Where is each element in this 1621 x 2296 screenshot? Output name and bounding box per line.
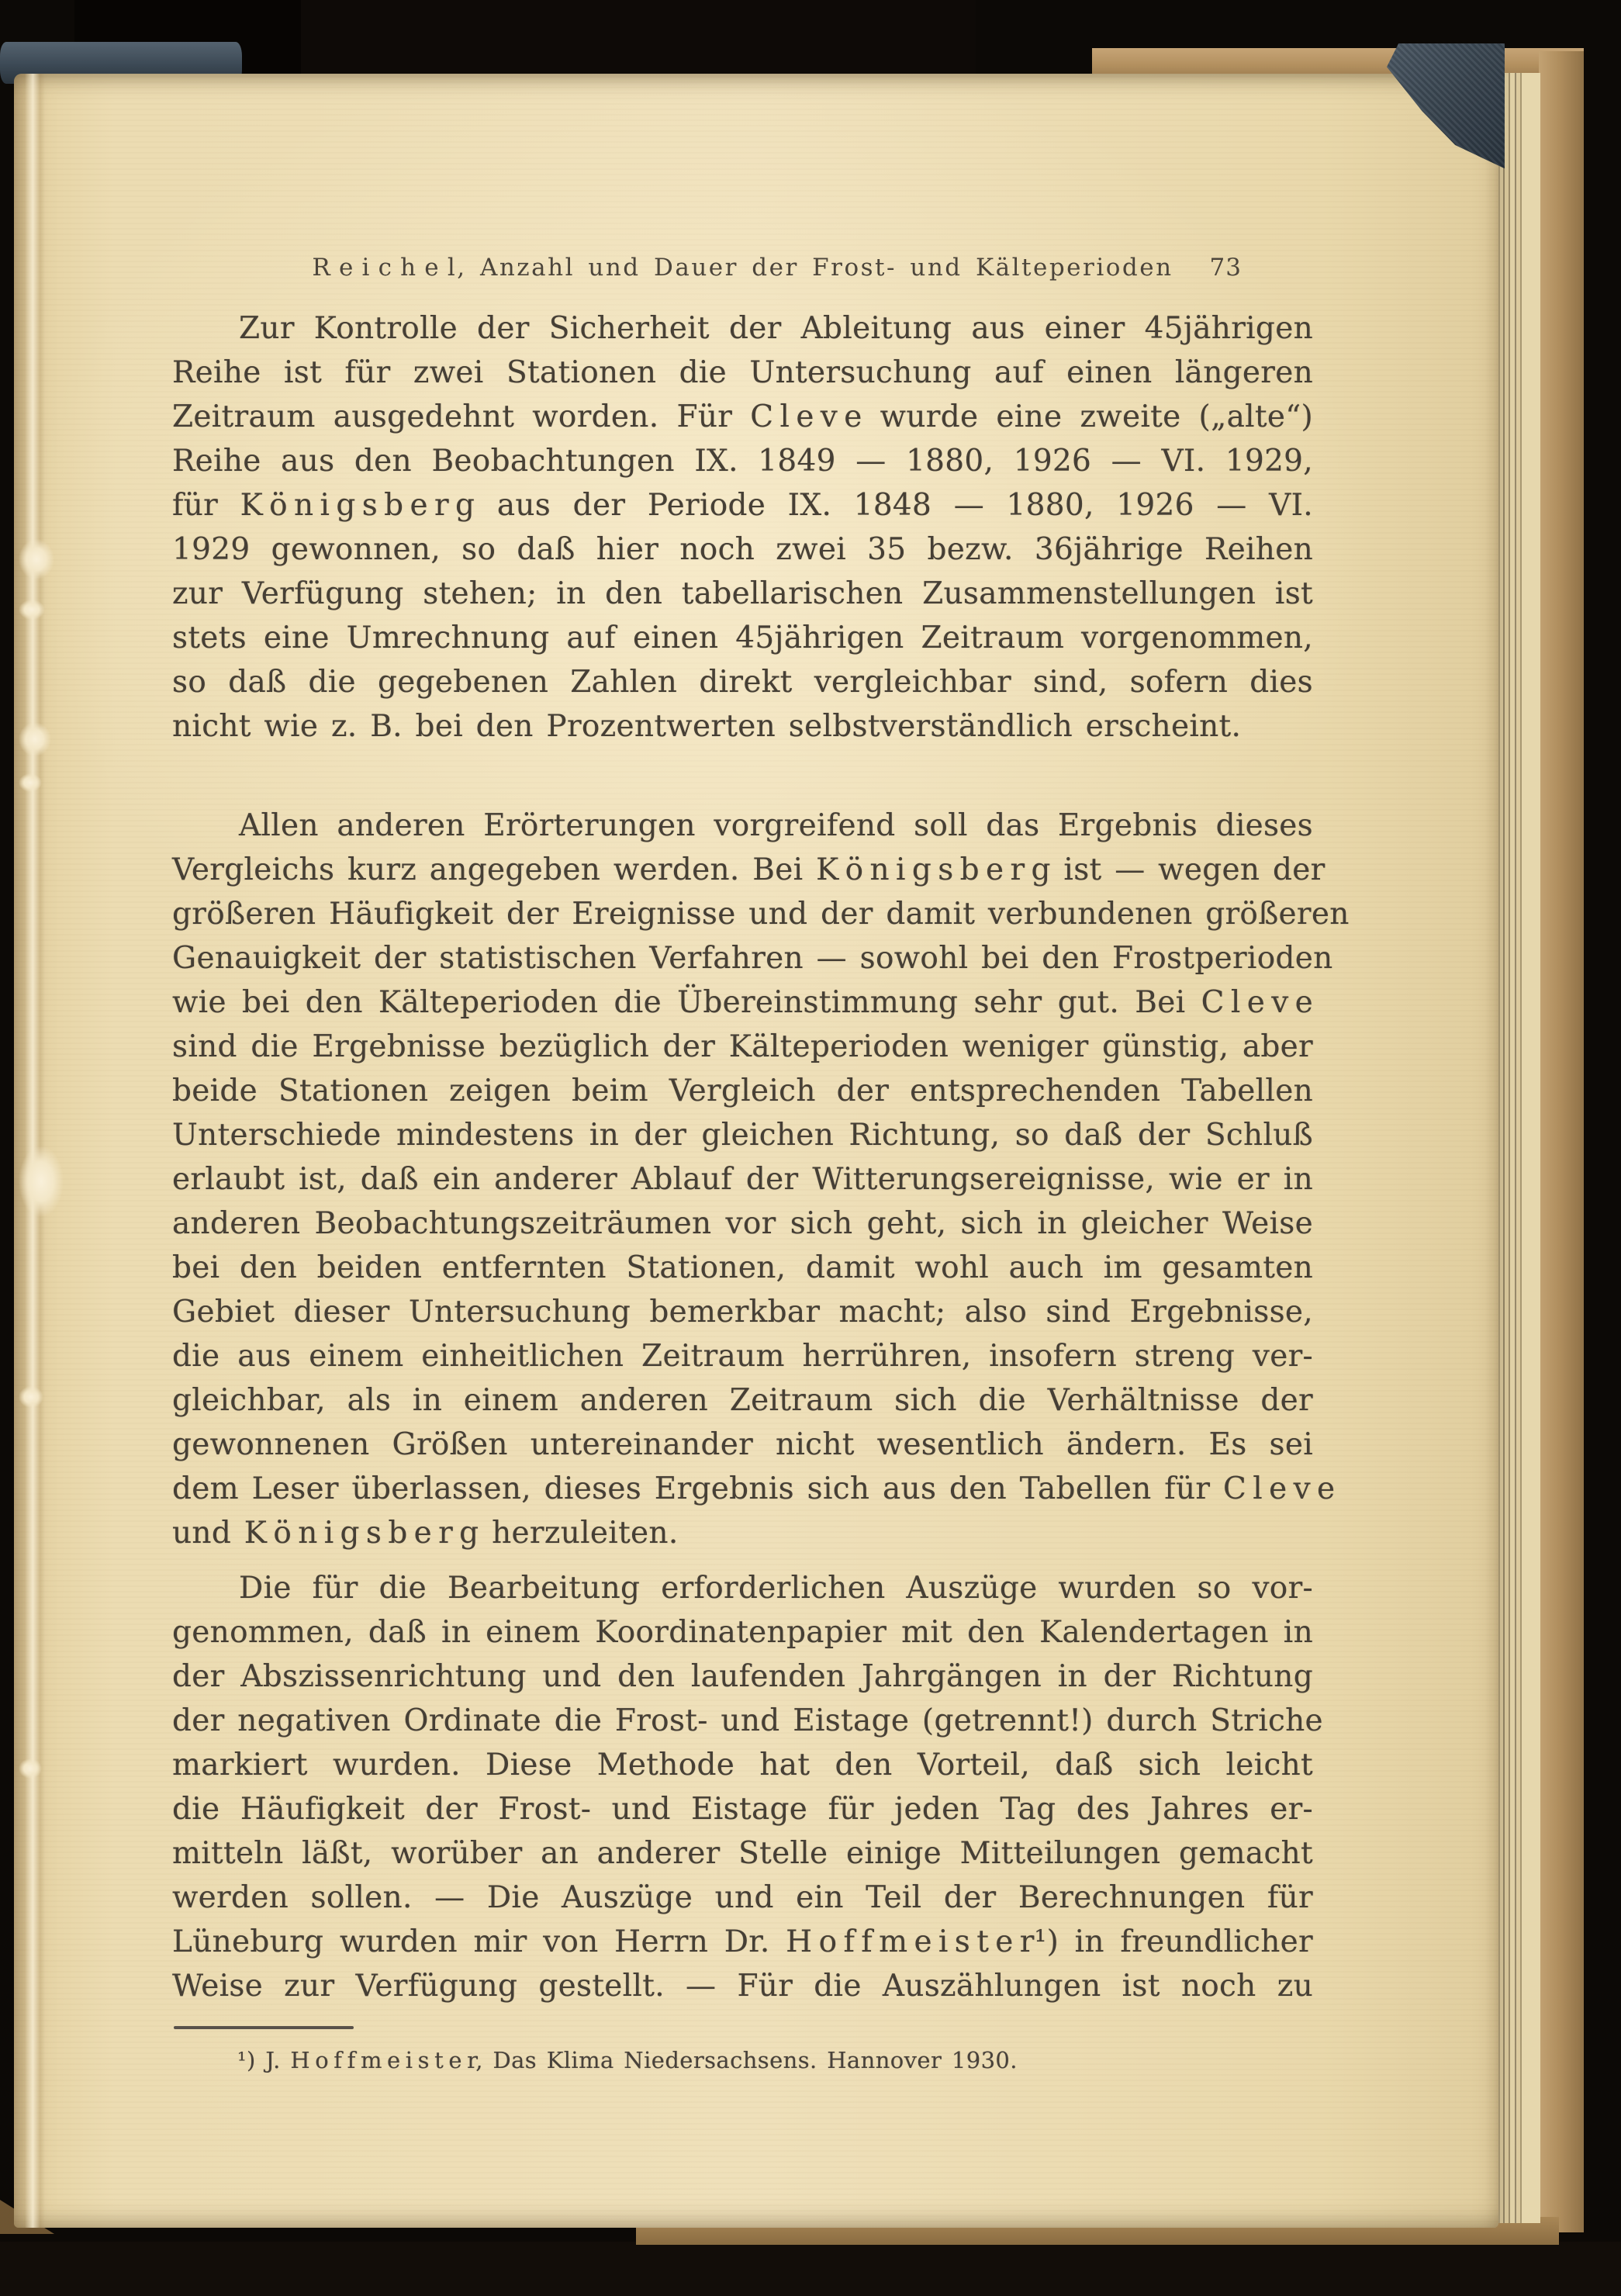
text-line: zur Verfügung stehen; in den tabellarisc… [172, 572, 1313, 616]
text-line: sind die Ergebnisse bezüglich der Kältep… [172, 1025, 1313, 1069]
paragraph: Zur Kontrolle der Sicherheit der Ableitu… [172, 306, 1313, 749]
binding-stitch [19, 1386, 43, 1408]
text-line: Zeitraum ausgedehnt worden. Für C l e v … [172, 395, 1313, 439]
text-line: mitteln läßt, worüber an anderer Stelle … [172, 1831, 1313, 1876]
text-line: 1929 gewonnen, so daß hier noch zwei 35 … [172, 527, 1313, 572]
paragraph: Die für die Bearbeitung erforderlichen A… [172, 1566, 1313, 2008]
binding-stitch [19, 600, 45, 620]
text-line: der Abszissenrichtung und den laufenden … [172, 1655, 1313, 1699]
text-line: dem Leser überlassen, dieses Ergebnis si… [172, 1467, 1313, 1511]
page-number: 73 [1210, 254, 1242, 282]
text-line: nicht wie z. B. bei den Prozentwerten se… [172, 704, 1313, 749]
binding-stitch [19, 1758, 42, 1779]
text-line: Weise zur Verfügung gestellt. — Für die … [172, 1964, 1313, 2008]
text-block: R e i c h e l, Anzahl und Dauer der Fros… [172, 74, 1313, 2228]
page-edge-stack [1494, 73, 1540, 2223]
text-line: Lüneburg wurden mir von Herrn Dr. H o f … [172, 1920, 1313, 1964]
text-line: anderen Beobachtungszeiträumen vor sich … [172, 1202, 1313, 1246]
binding-stitch [19, 1146, 64, 1217]
text-line: stets eine Umrechnung auf einen 45jährig… [172, 616, 1313, 660]
running-header: R e i c h e l, Anzahl und Dauer der Fros… [172, 254, 1313, 282]
text-line: Vergleichs kurz angegeben werden. Bei K … [172, 848, 1313, 892]
text-line: so daß die gegebenen Zahlen direkt vergl… [172, 660, 1313, 704]
text-line: der negativen Ordinate die Frost- und Ei… [172, 1699, 1313, 1743]
text-line: Zur Kontrolle der Sicherheit der Ableitu… [172, 306, 1313, 351]
binding-stitch [19, 773, 42, 792]
scanner-background-seam [301, 0, 976, 75]
text-line: Unterschiede mindestens in der gleichen … [172, 1113, 1313, 1157]
running-header-title: R e i c h e l, Anzahl und Dauer der Fros… [312, 254, 1173, 282]
scanned-book-photo: R e i c h e l, Anzahl und Dauer der Fros… [0, 0, 1621, 2296]
paragraph: Allen anderen Erörterungen vorgreifend s… [172, 804, 1313, 1555]
text-line: Die für die Bearbeitung erforderlichen A… [172, 1566, 1313, 1610]
text-line: Allen anderen Erörterungen vorgreifend s… [172, 804, 1313, 848]
text-line: Reihe ist für zwei Stationen die Untersu… [172, 351, 1313, 395]
text-line: genommen, daß in einem Koordinatenpapier… [172, 1610, 1313, 1655]
text-line: gewonnenen Größen untereinander nicht we… [172, 1423, 1313, 1467]
text-line: markiert wurden. Diese Methode hat den V… [172, 1743, 1313, 1787]
footnote-rule [174, 2026, 354, 2029]
text-line: beide Stationen zeigen beim Vergleich de… [172, 1069, 1313, 1113]
binding-stitch [19, 722, 51, 756]
text-line: Reihe aus den Beobachtungen IX. 1849 — 1… [172, 439, 1313, 483]
book-cover-edge-right [1539, 51, 1584, 2232]
text-line: Genauigkeit der statistischen Verfahren … [172, 936, 1313, 980]
scanner-background-seam [0, 2242, 1621, 2296]
text-line: die Häufigkeit der Frost- und Eistage fü… [172, 1787, 1313, 1831]
footnote: ¹) J. H o f f m e i s t e r, Das Klima N… [172, 2045, 1313, 2076]
text-line: werden sollen. — Die Auszüge und ein Tei… [172, 1876, 1313, 1920]
text-line: für K ö n i g s b e r g aus der Periode … [172, 483, 1313, 527]
text-line: größeren Häufigkeit der Ereignisse und d… [172, 892, 1313, 936]
text-line: erlaubt ist, daß ein anderer Ablauf der … [172, 1157, 1313, 1202]
book-page: R e i c h e l, Anzahl und Dauer der Fros… [14, 74, 1498, 2228]
text-line: Gebiet dieser Untersuchung bemerkbar mac… [172, 1290, 1313, 1334]
text-line: wie bei den Kälteperioden die Übereinsti… [172, 980, 1313, 1025]
text-line: bei den beiden entfernten Stationen, dam… [172, 1246, 1313, 1290]
text-line: gleichbar, als in einem anderen Zeitraum… [172, 1378, 1313, 1423]
text-line: und K ö n i g s b e r g herzuleiten. [172, 1511, 1313, 1555]
text-line: die aus einem einheitlichen Zeitraum her… [172, 1334, 1313, 1378]
binding-stitch [19, 539, 54, 579]
